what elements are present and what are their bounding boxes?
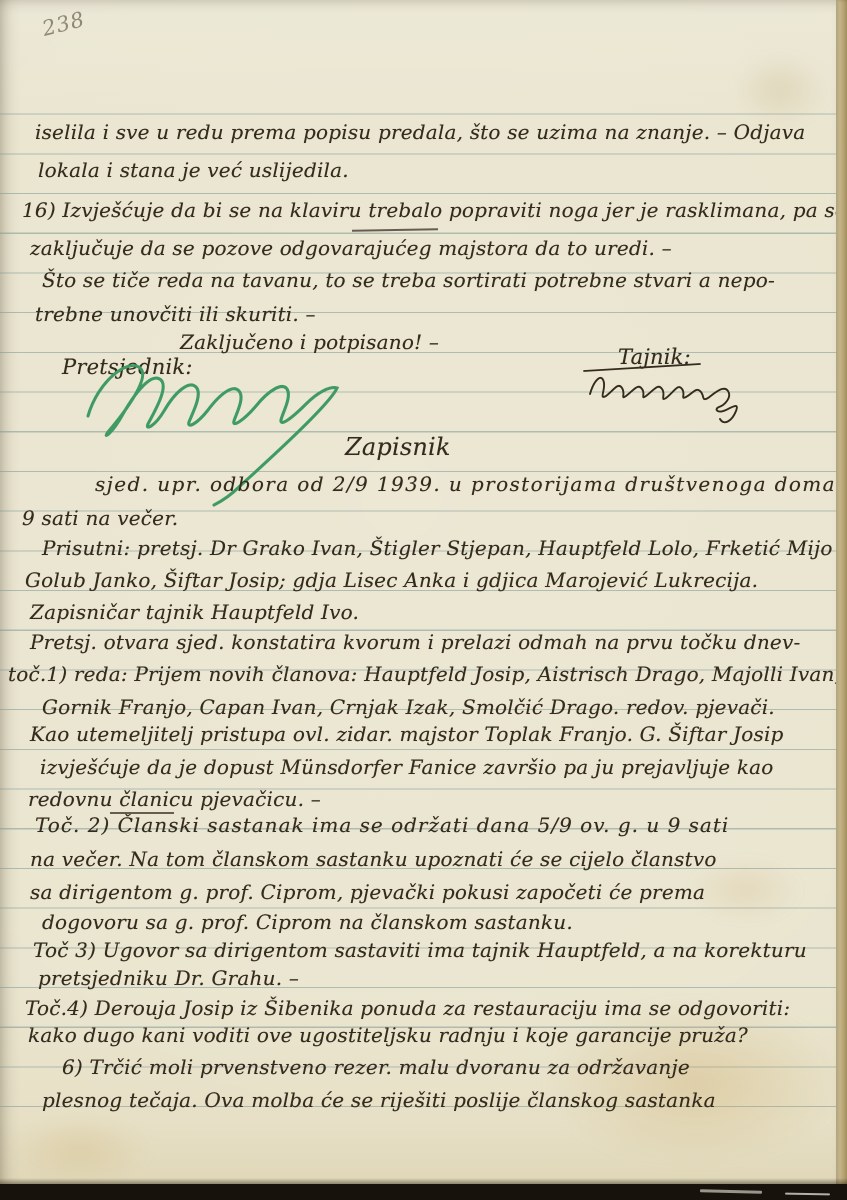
notebook-photo: 238 iselila i sve u redu prema popisu pr…: [0, 0, 847, 1200]
manuscript-line: lokala i stana je već uslijedila.: [38, 158, 349, 182]
manuscript-line: izvješćuje da je dopust Münsdorfer Fanic…: [40, 755, 774, 779]
manuscript-line: pretsjedniku Dr. Grahu. –: [38, 966, 299, 990]
manuscript-line: Zaključeno i potpisano! –: [180, 330, 439, 354]
manuscript-line: Toč 3) Ugovor sa dirigentom sastaviti im…: [33, 938, 807, 962]
minutes-heading: Zapisnik: [345, 433, 451, 461]
page-stack-edge: [836, 0, 847, 1186]
manuscript-line: sjed. upr. odbora od 2/9 1939. u prostor…: [95, 472, 847, 496]
manuscript-line: Toč.4) Derouja Josip iz Šibenika ponuda …: [25, 996, 790, 1020]
manuscript-line: Kao utemeljitelj pristupa ovl. zidar. ma…: [30, 722, 784, 746]
ink-underline: [110, 812, 174, 814]
secretary-signature-ink: [578, 358, 768, 428]
manuscript-line: 9 sati na večer.: [22, 506, 178, 530]
manuscript-line: Toč. 2) Članski sastanak ima se održati …: [35, 813, 729, 837]
manuscript-line: zaključuje da se pozove odgovarajućeg ma…: [30, 236, 672, 260]
manuscript-line: 6) Trčić moli prvenstveno rezer. malu dv…: [62, 1055, 690, 1079]
manuscript-line: Golub Janko, Šiftar Josip; gdja Lisec An…: [25, 568, 758, 592]
manuscript-line: Gornik Franjo, Capan Ivan, Crnjak Izak, …: [42, 695, 775, 719]
manuscript-line: redovnu članicu pjevačicu. –: [28, 787, 321, 811]
manuscript-line: toč.1) reda: Prijem novih članova: Haupt…: [8, 662, 841, 686]
manuscript-line: iselila i sve u redu prema popisu predal…: [35, 120, 805, 144]
manuscript-line: Pretsj. otvara sjed. konstatira kvorum i…: [30, 630, 800, 654]
manuscript-line: sa dirigentom g. prof. Ciprom, pjevački …: [30, 880, 705, 904]
paper-stain: [10, 1115, 150, 1185]
manuscript-line: 16) Izvješćuje da bi se na klaviru treba…: [22, 198, 847, 222]
manuscript-line: Zapisničar tajnik Hauptfeld Ivo.: [30, 600, 359, 624]
paper-stain: [735, 55, 825, 125]
manuscript-line: dogovoru sa g. prof. Ciprom na članskom …: [42, 910, 573, 934]
manuscript-line: Što se tiče reda na tavanu, to se treba …: [42, 268, 775, 292]
manuscript-line: trebne unovčiti ili skuriti. –: [35, 302, 316, 326]
manuscript-line: plesnog tečaja. Ova molba će se riješiti…: [42, 1088, 716, 1112]
manuscript-line: Prisutni: pretsj. Dr Grako Ivan, Štigler…: [42, 536, 833, 560]
manuscript-line: kako dugo kani voditi ove ugostiteljsku …: [28, 1023, 748, 1047]
manuscript-line: na večer. Na tom članskom sastanku upozn…: [30, 847, 717, 871]
